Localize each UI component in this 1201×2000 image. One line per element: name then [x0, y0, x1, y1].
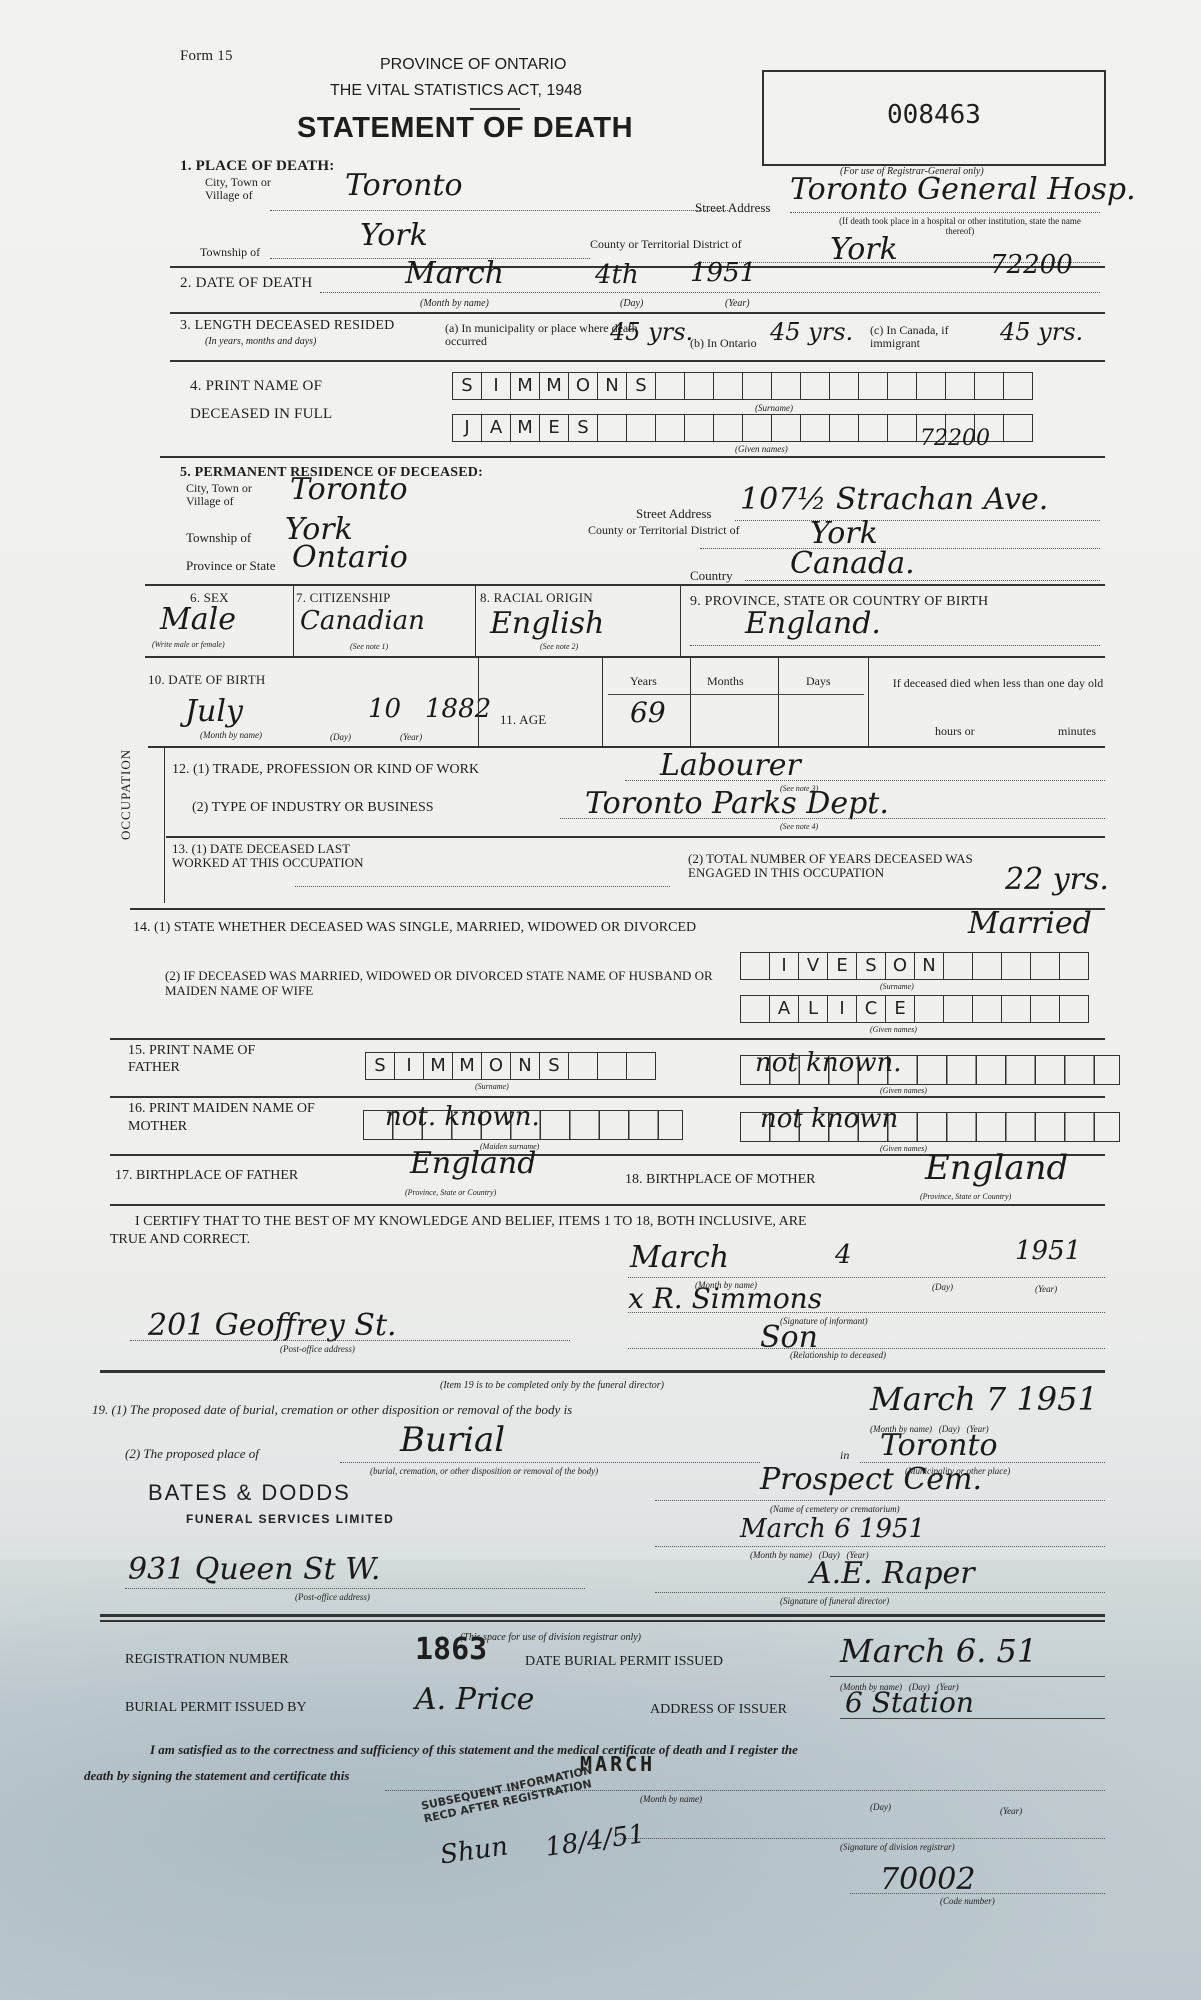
less-than-day-label: If deceased died when less than one day …	[888, 676, 1108, 690]
deceased-name-label-1: 4. PRINT NAME OF	[190, 378, 322, 395]
death-month-value: March	[405, 256, 504, 291]
street-address-label: Street Address	[695, 200, 770, 216]
burial-place-label: (2) The proposed place of	[125, 1446, 259, 1462]
total-years-label: (2) TOTAL NUMBER OF YEARS DECEASED WAS E…	[688, 852, 988, 880]
death-code-value: 72200	[990, 250, 1073, 280]
letter-box	[1060, 996, 1088, 1022]
letter-box	[741, 996, 770, 1022]
citizenship-value: Canadian	[300, 606, 425, 636]
letter-box	[714, 415, 743, 441]
letter-box: L	[799, 996, 828, 1022]
funeral-address-value: 931 Queen St W.	[128, 1552, 380, 1587]
act-heading: THE VITAL STATISTICS ACT, 1948	[330, 82, 582, 100]
column-divider	[680, 586, 681, 656]
industry-note: (See note 4)	[780, 822, 818, 831]
province-label: Province or State	[186, 558, 276, 574]
field-line	[655, 1592, 1105, 1593]
burial-place-note: (burial, cremation, or other disposition…	[370, 1466, 598, 1476]
registrar-signature-note: (Signature of division registrar)	[840, 1842, 955, 1852]
letter-box	[915, 996, 944, 1022]
cert-year-note: (Year)	[1035, 1284, 1057, 1294]
death-city-value: Toronto	[345, 168, 463, 203]
age-label: 11. AGE	[500, 712, 546, 728]
field-line	[790, 212, 1100, 213]
section-divider	[148, 746, 1105, 748]
residence-code-value: 72200	[920, 426, 990, 451]
racial-origin-label: 8. RACIAL ORIGIN	[480, 590, 593, 606]
letter-box	[1031, 953, 1060, 979]
death-township-value: York	[360, 218, 428, 253]
column-divider	[602, 658, 603, 746]
birthplace-value: England.	[745, 606, 881, 641]
letter-box: I	[770, 953, 799, 979]
total-years-value: 22 yrs.	[1005, 862, 1109, 897]
certification-year-value: 1951	[1015, 1236, 1081, 1266]
letter-box	[685, 373, 714, 399]
occupation-side-label: OCCUPATION	[118, 749, 134, 840]
section-divider	[110, 1096, 1105, 1098]
father-birthplace-label: 17. BIRTHPLACE OF FATHER	[115, 1168, 298, 1184]
in-label: in	[840, 1448, 849, 1463]
letter-box	[1002, 996, 1031, 1022]
place-of-death-label: 1. PLACE OF DEATH:	[180, 158, 334, 175]
year-note: (Year)	[725, 298, 750, 309]
letter-box	[975, 373, 1004, 399]
field-line	[690, 645, 1100, 646]
registrar-number: 008463	[764, 100, 1104, 130]
letter-box	[741, 953, 770, 979]
father-birth-note: (Province, State or Country)	[405, 1188, 496, 1197]
section-divider	[110, 1204, 1105, 1206]
section-divider	[145, 656, 1105, 658]
letter-box: I	[395, 1053, 424, 1079]
province-heading: PROVINCE OF ONTARIO	[380, 56, 566, 74]
registration-number-value: 1863	[415, 1632, 487, 1667]
mother-birthplace-label: 18. BIRTHPLACE OF MOTHER	[625, 1172, 816, 1188]
issued-by-value: A. Price	[415, 1682, 534, 1717]
letter-box: M	[511, 373, 540, 399]
funeral-director-signature: A.E. Raper	[810, 1556, 975, 1591]
issuer-address-label: ADDRESS OF ISSUER	[650, 1702, 787, 1718]
minutes-label: minutes	[1058, 724, 1096, 739]
length-resided-label: 3. LENGTH DECEASED RESIDED	[180, 318, 394, 334]
letter-box: A	[770, 996, 799, 1022]
issued-by-label: BURIAL PERMIT ISSUED BY	[125, 1700, 307, 1716]
reg-year-note: (Year)	[1000, 1806, 1022, 1816]
code-number-value: 70002	[880, 1862, 975, 1897]
letter-box	[714, 373, 743, 399]
divider	[608, 694, 864, 695]
column-divider	[475, 586, 476, 656]
letter-box	[973, 996, 1002, 1022]
cemetery-value: Prospect Cem.	[760, 1462, 982, 1497]
section-divider	[130, 908, 1105, 910]
letter-box	[1002, 953, 1031, 979]
reg-month-note: (Month by name)	[640, 1794, 702, 1804]
residence-city-label: City, Town or Village of	[186, 482, 286, 508]
hours-label: hours or	[935, 724, 975, 739]
letter-box: V	[799, 953, 828, 979]
letter-box	[830, 373, 859, 399]
column-divider	[293, 586, 294, 656]
cemetery-note: (Name of cemetery or crematorium)	[770, 1504, 900, 1514]
surname-note: (Surname)	[755, 403, 793, 413]
length-resided-note: (In years, months and days)	[205, 336, 316, 347]
burial-place-value: Burial	[400, 1420, 505, 1460]
letter-box: E	[886, 996, 915, 1022]
letter-box: S	[453, 373, 482, 399]
letter-box: A	[482, 415, 511, 441]
page-title: STATEMENT OF DEATH	[297, 112, 633, 145]
father-birthplace-value: England	[410, 1146, 536, 1181]
column-divider	[164, 748, 165, 903]
years-header: Years	[630, 674, 657, 689]
letter-box: C	[857, 996, 886, 1022]
funeral-note: (Item 19 is to be completed only by the …	[440, 1380, 664, 1391]
section-divider	[166, 836, 1105, 838]
cert-day-note: (Day)	[932, 1282, 953, 1292]
section-divider	[110, 1038, 1105, 1040]
sex-value: Male	[160, 602, 236, 637]
birth-day-note: (Day)	[330, 732, 351, 742]
municipality-years-value: 45 yrs.	[610, 318, 693, 346]
birth-year-note: (Year)	[400, 732, 422, 742]
letter-box: S	[366, 1053, 395, 1079]
letter-box	[859, 373, 888, 399]
letter-box	[944, 996, 973, 1022]
given-note: (Given names)	[735, 444, 788, 454]
letter-box	[656, 373, 685, 399]
letter-box	[772, 373, 801, 399]
father-name-label: 15. PRINT NAME OF FATHER	[128, 1042, 308, 1076]
date-of-death-label: 2. DATE OF DEATH	[180, 275, 312, 292]
letter-box	[743, 373, 772, 399]
letter-box: O	[569, 373, 598, 399]
age-years-value: 69	[630, 696, 666, 729]
funeral-address-note: (Post-office address)	[295, 1592, 370, 1602]
letter-box	[656, 415, 685, 441]
letter-box	[685, 415, 714, 441]
column-divider	[778, 658, 779, 746]
letter-box: M	[511, 415, 540, 441]
deceased-surname-boxes: SIMMONS	[452, 372, 1033, 400]
birth-year-value: 1882	[425, 694, 491, 724]
mother-birth-note: (Province, State or Country)	[920, 1192, 1011, 1201]
letter-box: N	[511, 1053, 540, 1079]
permit-date-label: DATE BURIAL PERMIT ISSUED	[525, 1654, 723, 1670]
letter-box	[1004, 373, 1032, 399]
letter-box: M	[453, 1053, 482, 1079]
informant-address-note: (Post-office address)	[280, 1344, 355, 1354]
residence-township-label: Township of	[186, 530, 251, 546]
letter-box	[917, 373, 946, 399]
letter-box	[627, 415, 656, 441]
city-label: City, Town or Village of	[205, 176, 305, 202]
field-line	[270, 210, 730, 211]
marital-status-label: 14. (1) STATE WHETHER DECEASED WAS SINGL…	[133, 920, 696, 936]
months-header: Months	[707, 674, 744, 689]
residence-province-value: Ontario	[292, 540, 408, 575]
field-line	[628, 1312, 1105, 1313]
father-given-note: (Given names)	[880, 1086, 927, 1095]
letter-box	[772, 415, 801, 441]
canada-years-value: 45 yrs.	[1000, 318, 1083, 346]
informant-address-value: 201 Geoffrey St.	[148, 1308, 397, 1343]
relationship-note: (Relationship to deceased)	[790, 1350, 886, 1360]
county-label: County or Territorial District of	[590, 238, 760, 251]
registrar-box: 008463	[762, 70, 1106, 166]
letter-box	[944, 953, 973, 979]
letter-box: O	[886, 953, 915, 979]
funeral-home-name: BATES & DODDS	[148, 1480, 351, 1506]
registration-statement-2: death by signing the statement and certi…	[84, 1768, 349, 1784]
mother-name-label: 16. PRINT MAIDEN NAME OF MOTHER	[128, 1100, 348, 1136]
field-line	[628, 1277, 1105, 1278]
burial-date-value: March 7 1951	[870, 1380, 1098, 1418]
birth-month-value: July	[185, 694, 243, 729]
field-line	[125, 1588, 585, 1589]
registration-number-label: REGISTRATION NUMBER	[125, 1652, 289, 1668]
letter-box	[598, 1053, 627, 1079]
citizenship-label: 7. CITIZENSHIP	[296, 590, 391, 606]
certification-text: I CERTIFY THAT TO THE BEST OF MY KNOWLED…	[135, 1214, 807, 1230]
field-line	[655, 1546, 1105, 1547]
letter-box: S	[540, 1053, 569, 1079]
residence-county-label: County or Territorial District of	[588, 524, 758, 537]
field-line	[560, 818, 1105, 819]
burial-date-label: 19. (1) The proposed date of burial, cre…	[92, 1402, 572, 1418]
ontario-years-value: 45 yrs.	[770, 318, 853, 346]
canada-label: (c) In Canada, if immigrant	[870, 324, 980, 350]
country-label: Country	[690, 568, 733, 584]
field-line	[620, 1838, 1105, 1839]
spouse-surname-boxes: IVESON	[740, 952, 1089, 980]
ontario-label: (b) In Ontario	[690, 336, 757, 351]
letter-box: S	[627, 373, 656, 399]
letter-box: M	[540, 373, 569, 399]
residence-city-value: Toronto	[290, 472, 408, 507]
letter-box: N	[915, 953, 944, 979]
father-surname-boxes: SIMMONS	[365, 1052, 656, 1080]
sex-note: (Write male or female)	[152, 640, 225, 649]
field-line	[735, 520, 1100, 521]
letter-box	[888, 415, 917, 441]
field-line	[830, 1676, 1105, 1677]
certification-text-2: TRUE AND CORRECT.	[110, 1232, 250, 1248]
field-line	[655, 1500, 1105, 1501]
industry-value: Toronto Parks Dept.	[585, 786, 889, 821]
field-line	[130, 1340, 570, 1341]
letter-box: I	[482, 373, 511, 399]
letter-box	[627, 1053, 655, 1079]
mother-maiden-value: not. known.	[385, 1102, 540, 1132]
letter-box	[801, 415, 830, 441]
certification-month-value: March	[630, 1240, 729, 1275]
letter-box: S	[569, 415, 598, 441]
date-of-birth-label: 10. DATE OF BIRTH	[148, 672, 265, 688]
racial-origin-value: English	[490, 606, 604, 641]
letter-box: J	[453, 415, 482, 441]
father-surname-note: (Surname)	[475, 1082, 509, 1091]
letter-box	[569, 1053, 598, 1079]
letter-box: O	[482, 1053, 511, 1079]
column-divider	[478, 658, 479, 746]
death-day-value: 4th	[595, 260, 639, 290]
field-line	[840, 1718, 1105, 1719]
section-divider	[145, 584, 1105, 586]
certification-day-value: 4	[835, 1240, 852, 1270]
spouse-label: (2) IF DECEASED WAS MARRIED, WIDOWED OR …	[165, 968, 725, 998]
days-header: Days	[806, 674, 831, 689]
section-divider	[160, 456, 1105, 458]
informant-signature-value: x R. Simmons	[628, 1282, 822, 1315]
section-divider	[100, 1370, 1105, 1373]
deceased-name-label-2: DECEASED IN FULL	[190, 406, 332, 423]
birth-day-value: 10	[368, 694, 401, 724]
letter-box: S	[857, 953, 886, 979]
death-street-value: Toronto General Hosp.	[790, 172, 1136, 207]
field-line	[625, 780, 1105, 781]
spouse-surname-note: (Surname)	[880, 982, 914, 991]
mother-birthplace-value: England	[925, 1148, 1068, 1188]
death-county-value: York	[830, 232, 898, 267]
mother-given-note: (Given names)	[880, 1144, 927, 1153]
section-divider	[170, 312, 1105, 314]
father-given-value: not known.	[755, 1048, 902, 1078]
citizenship-note: (See note 1)	[350, 642, 388, 651]
trade-label: 12. (1) TRADE, PROFESSION OR KIND OF WOR…	[172, 762, 479, 778]
funeral-home-subtitle: FUNERAL SERVICES LIMITED	[186, 1512, 394, 1526]
last-worked-label: 13. (1) DATE DECEASED LAST WORKED AT THI…	[172, 842, 402, 870]
letter-box	[801, 373, 830, 399]
field-line	[850, 1893, 1105, 1894]
permit-date-value: March 6. 51	[840, 1632, 1037, 1670]
letter-box	[598, 415, 627, 441]
residence-street-label: Street Address	[636, 506, 711, 522]
residence-country-value: Canada.	[790, 546, 915, 581]
section-divider	[170, 360, 1105, 362]
racial-note: (See note 2)	[540, 642, 578, 651]
field-line	[320, 292, 1100, 293]
death-year-value: 1951	[690, 258, 756, 288]
letter-box	[1060, 953, 1088, 979]
field-line	[628, 1348, 1105, 1349]
spouse-given-boxes: ALICE	[740, 995, 1089, 1023]
column-divider	[690, 658, 691, 746]
section-divider	[100, 1620, 1105, 1622]
letter-box: E	[828, 953, 857, 979]
code-number-note: (Code number)	[940, 1896, 995, 1906]
birth-month-note: (Month by name)	[200, 730, 262, 740]
letter-box: N	[598, 373, 627, 399]
letter-box	[888, 373, 917, 399]
township-label: Township of	[200, 245, 260, 260]
letter-box: I	[828, 996, 857, 1022]
form-number: Form 15	[180, 48, 233, 65]
letter-box	[859, 415, 888, 441]
residence-street-value: 107½ Strachan Ave.	[740, 482, 1048, 517]
letter-box	[946, 373, 975, 399]
letter-box	[1031, 996, 1060, 1022]
letter-box	[1004, 415, 1032, 441]
field-line	[340, 1462, 760, 1463]
marital-status-value: Married	[968, 906, 1092, 941]
mother-given-value: not known	[760, 1104, 898, 1134]
column-divider	[868, 658, 869, 746]
letter-box	[743, 415, 772, 441]
trade-value: Labourer	[660, 748, 801, 783]
field-line	[295, 886, 670, 887]
municipality-value: Toronto	[880, 1428, 998, 1463]
reg-day-note: (Day)	[870, 1802, 891, 1812]
signed-date-value: March 6 1951	[740, 1514, 925, 1544]
spouse-given-note: (Given names)	[870, 1025, 917, 1034]
letter-box: M	[424, 1053, 453, 1079]
industry-label: (2) TYPE OF INDUSTRY OR BUSINESS	[192, 800, 434, 816]
letter-box	[830, 415, 859, 441]
section-divider	[100, 1614, 1105, 1617]
issuer-address-value: 6 Station	[845, 1686, 974, 1719]
day-note: (Day)	[620, 298, 643, 309]
letter-box	[973, 953, 1002, 979]
divider	[470, 108, 520, 110]
letter-box: E	[540, 415, 569, 441]
month-note: (Month by name)	[420, 298, 489, 309]
funeral-signature-note: (Signature of funeral director)	[780, 1596, 889, 1606]
registration-statement: I am satisfied as to the correctness and…	[150, 1742, 798, 1758]
